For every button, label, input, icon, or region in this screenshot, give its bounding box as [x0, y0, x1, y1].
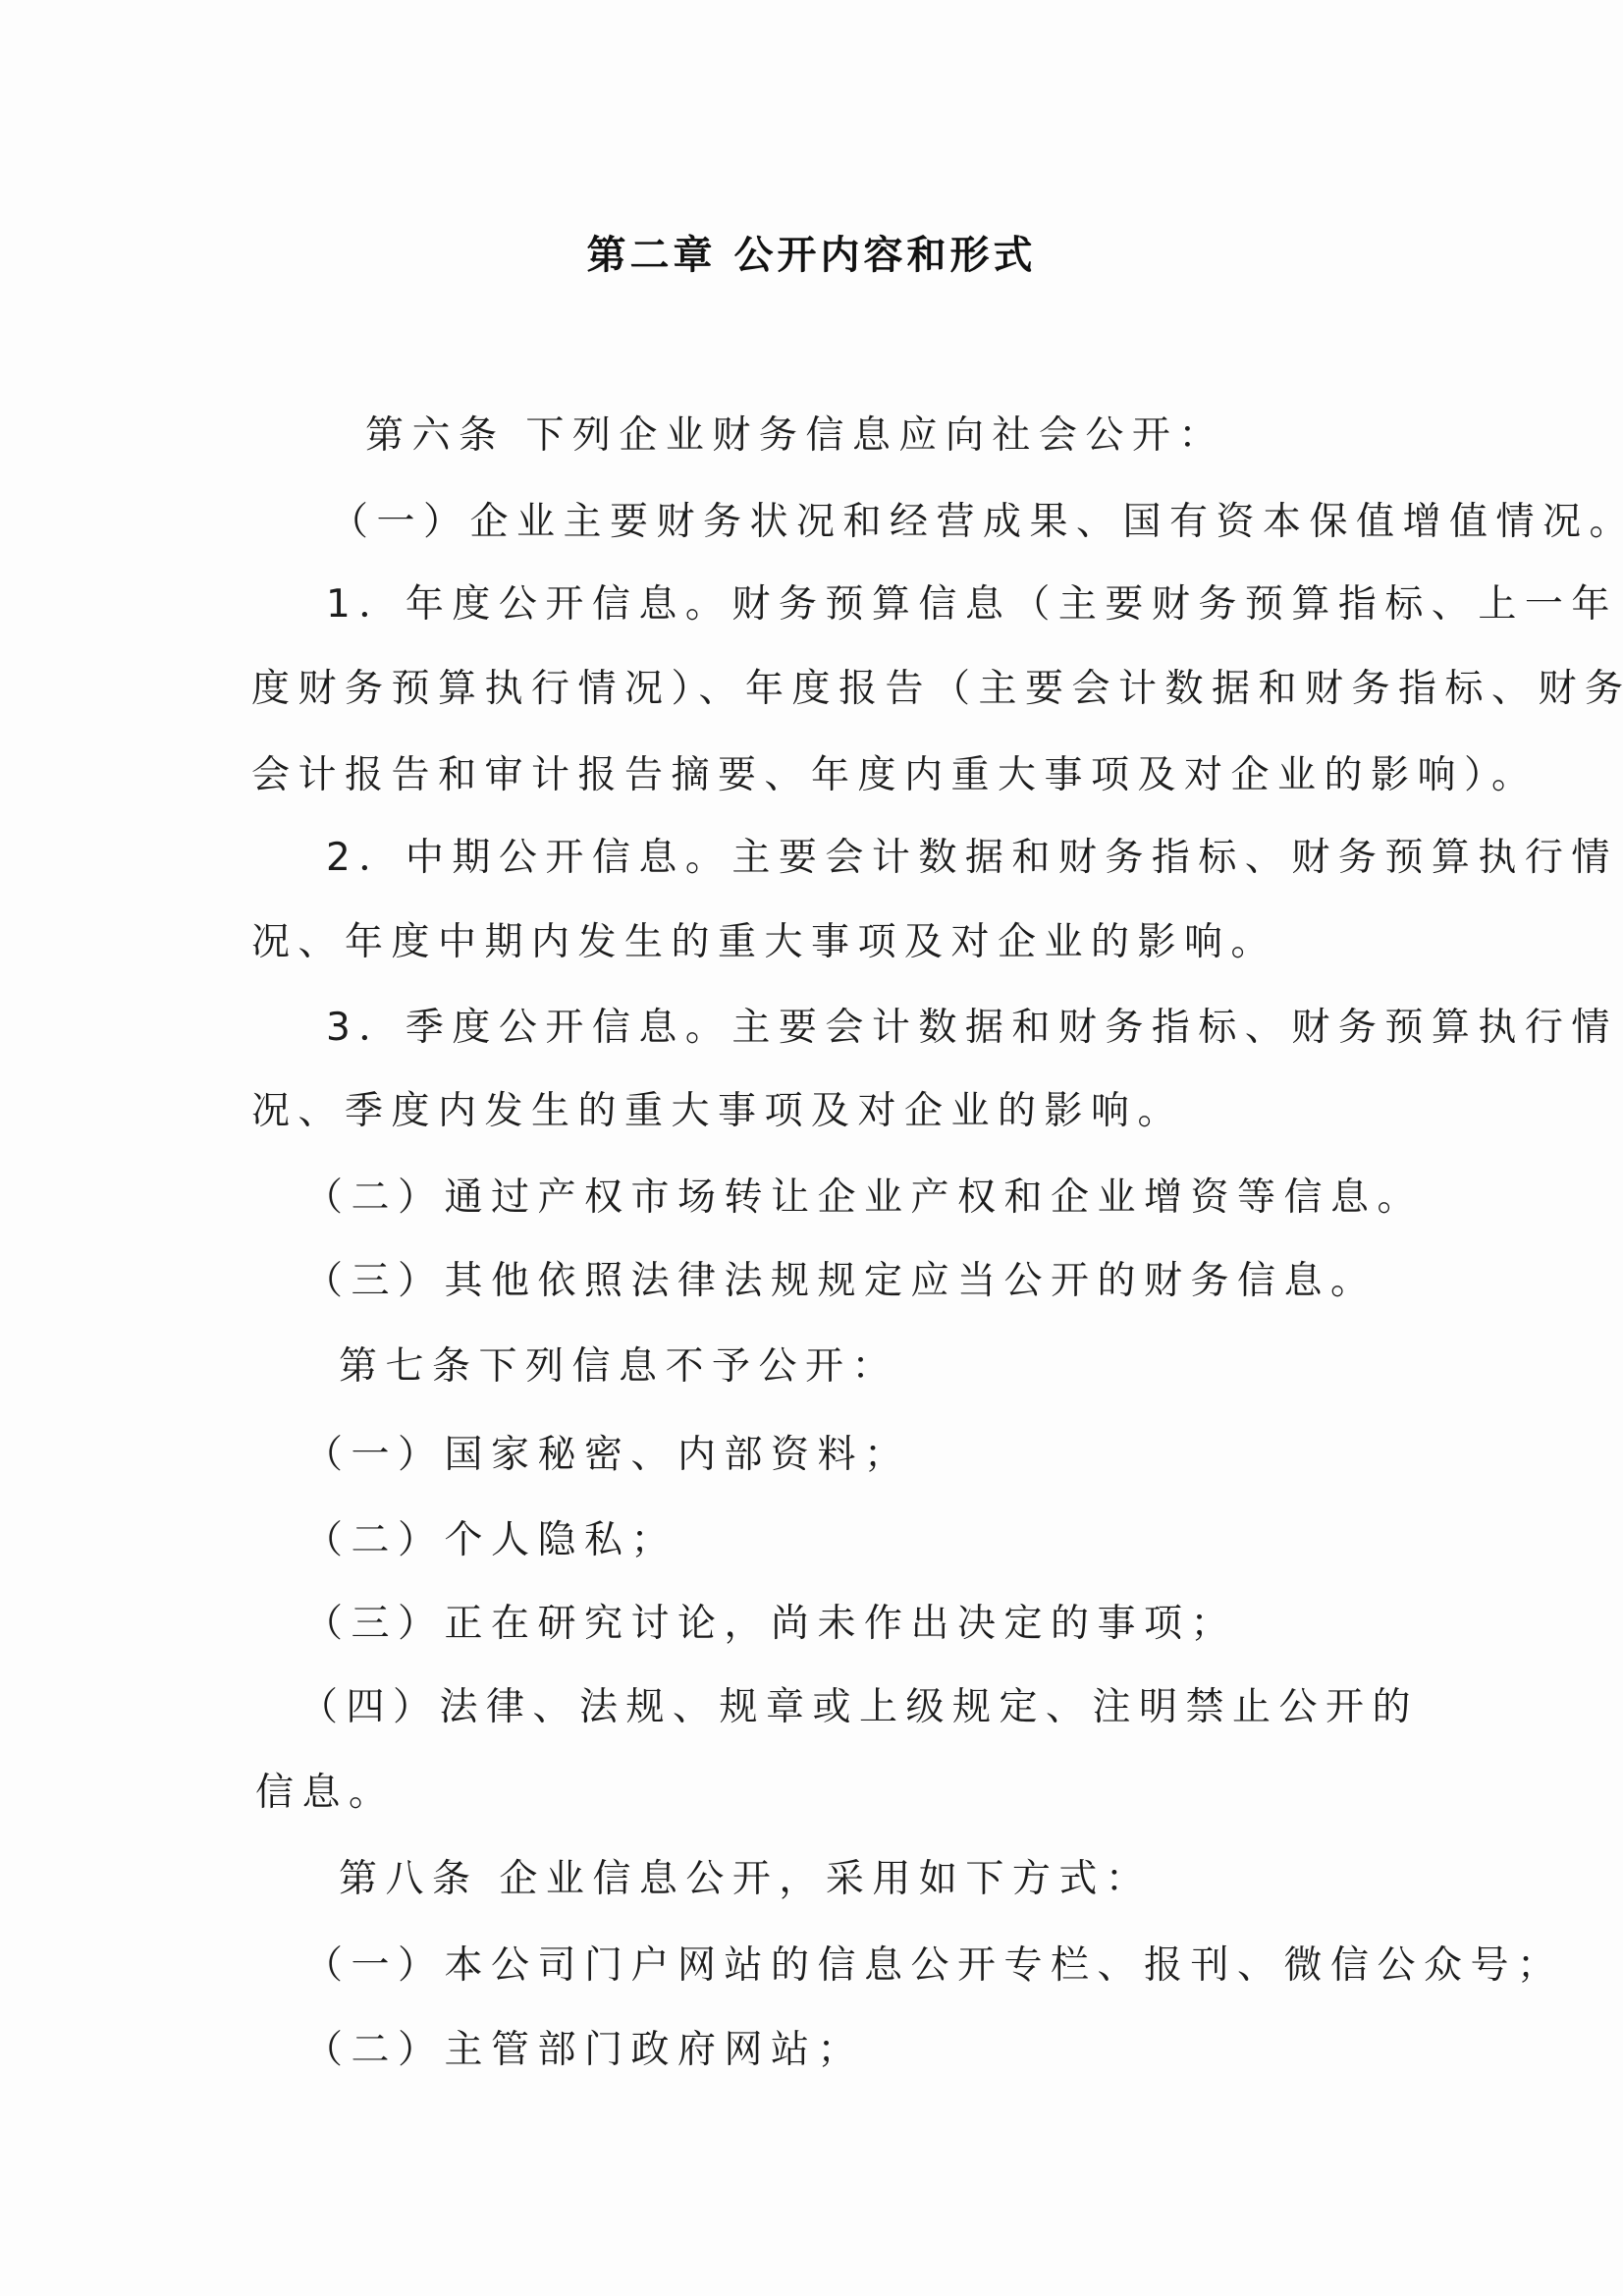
paragraph-line: 况、季度内发生的重大事项及对企业的影响。 — [251, 1080, 1184, 1135]
paragraph-line: （一）本公司门户网站的信息公开专栏、报刊、微信公众号； — [304, 1935, 1564, 1990]
paragraph-line: 1．年度公开信息。财务预算信息（主要财务预算指标、上一年 — [326, 574, 1618, 629]
paragraph-line: 信息。 — [255, 1762, 396, 1817]
paragraph-line: 第六条 下列企业财务信息应向社会公开： — [365, 405, 1225, 460]
paragraph-line: 第八条 企业信息公开，采用如下方式： — [339, 1848, 1152, 1903]
paragraph-line: （二）主管部门政府网站； — [304, 2019, 864, 2074]
document-page: 第二章 公开内容和形式 第六条 下列企业财务信息应向社会公开：（一）企业主要财务… — [0, 0, 1623, 2296]
paragraph-line: 况、年度中期内发生的重大事项及对企业的影响。 — [251, 911, 1277, 966]
paragraph-line: 3．季度公开信息。主要会计数据和财务指标、财务预算执行情 — [326, 997, 1618, 1052]
paragraph-line: （四）法律、法规、规章或上级规定、注明禁止公开的 — [299, 1676, 1419, 1731]
chapter-title: 第二章 公开内容和形式 — [0, 224, 1623, 280]
paragraph-line: 度财务预算执行情况）、年度报告（主要会计数据和财务指标、财务 — [251, 658, 1623, 713]
paragraph-line: （一）企业主要财务状况和经营成果、国有资本保值增值情况。 — [330, 491, 1623, 546]
paragraph-line: （三）正在研究讨论，尚未作出决定的事项； — [304, 1593, 1237, 1648]
paragraph-line: 会计报告和审计报告摘要、年度内重大事项及对企业的影响）。 — [251, 744, 1539, 799]
paragraph-line: （二）个人隐私； — [304, 1509, 677, 1564]
paragraph-line: （三）其他依照法律法规规定应当公开的财务信息。 — [304, 1250, 1378, 1305]
paragraph-line: （一）国家秘密、内部资料； — [304, 1424, 911, 1479]
paragraph-line: 第七条下列信息不予公开： — [339, 1336, 898, 1391]
paragraph-line: （二）通过产权市场转让企业产权和企业增资等信息。 — [304, 1167, 1424, 1222]
paragraph-line: 2．中期公开信息。主要会计数据和财务指标、财务预算执行情 — [326, 827, 1618, 882]
